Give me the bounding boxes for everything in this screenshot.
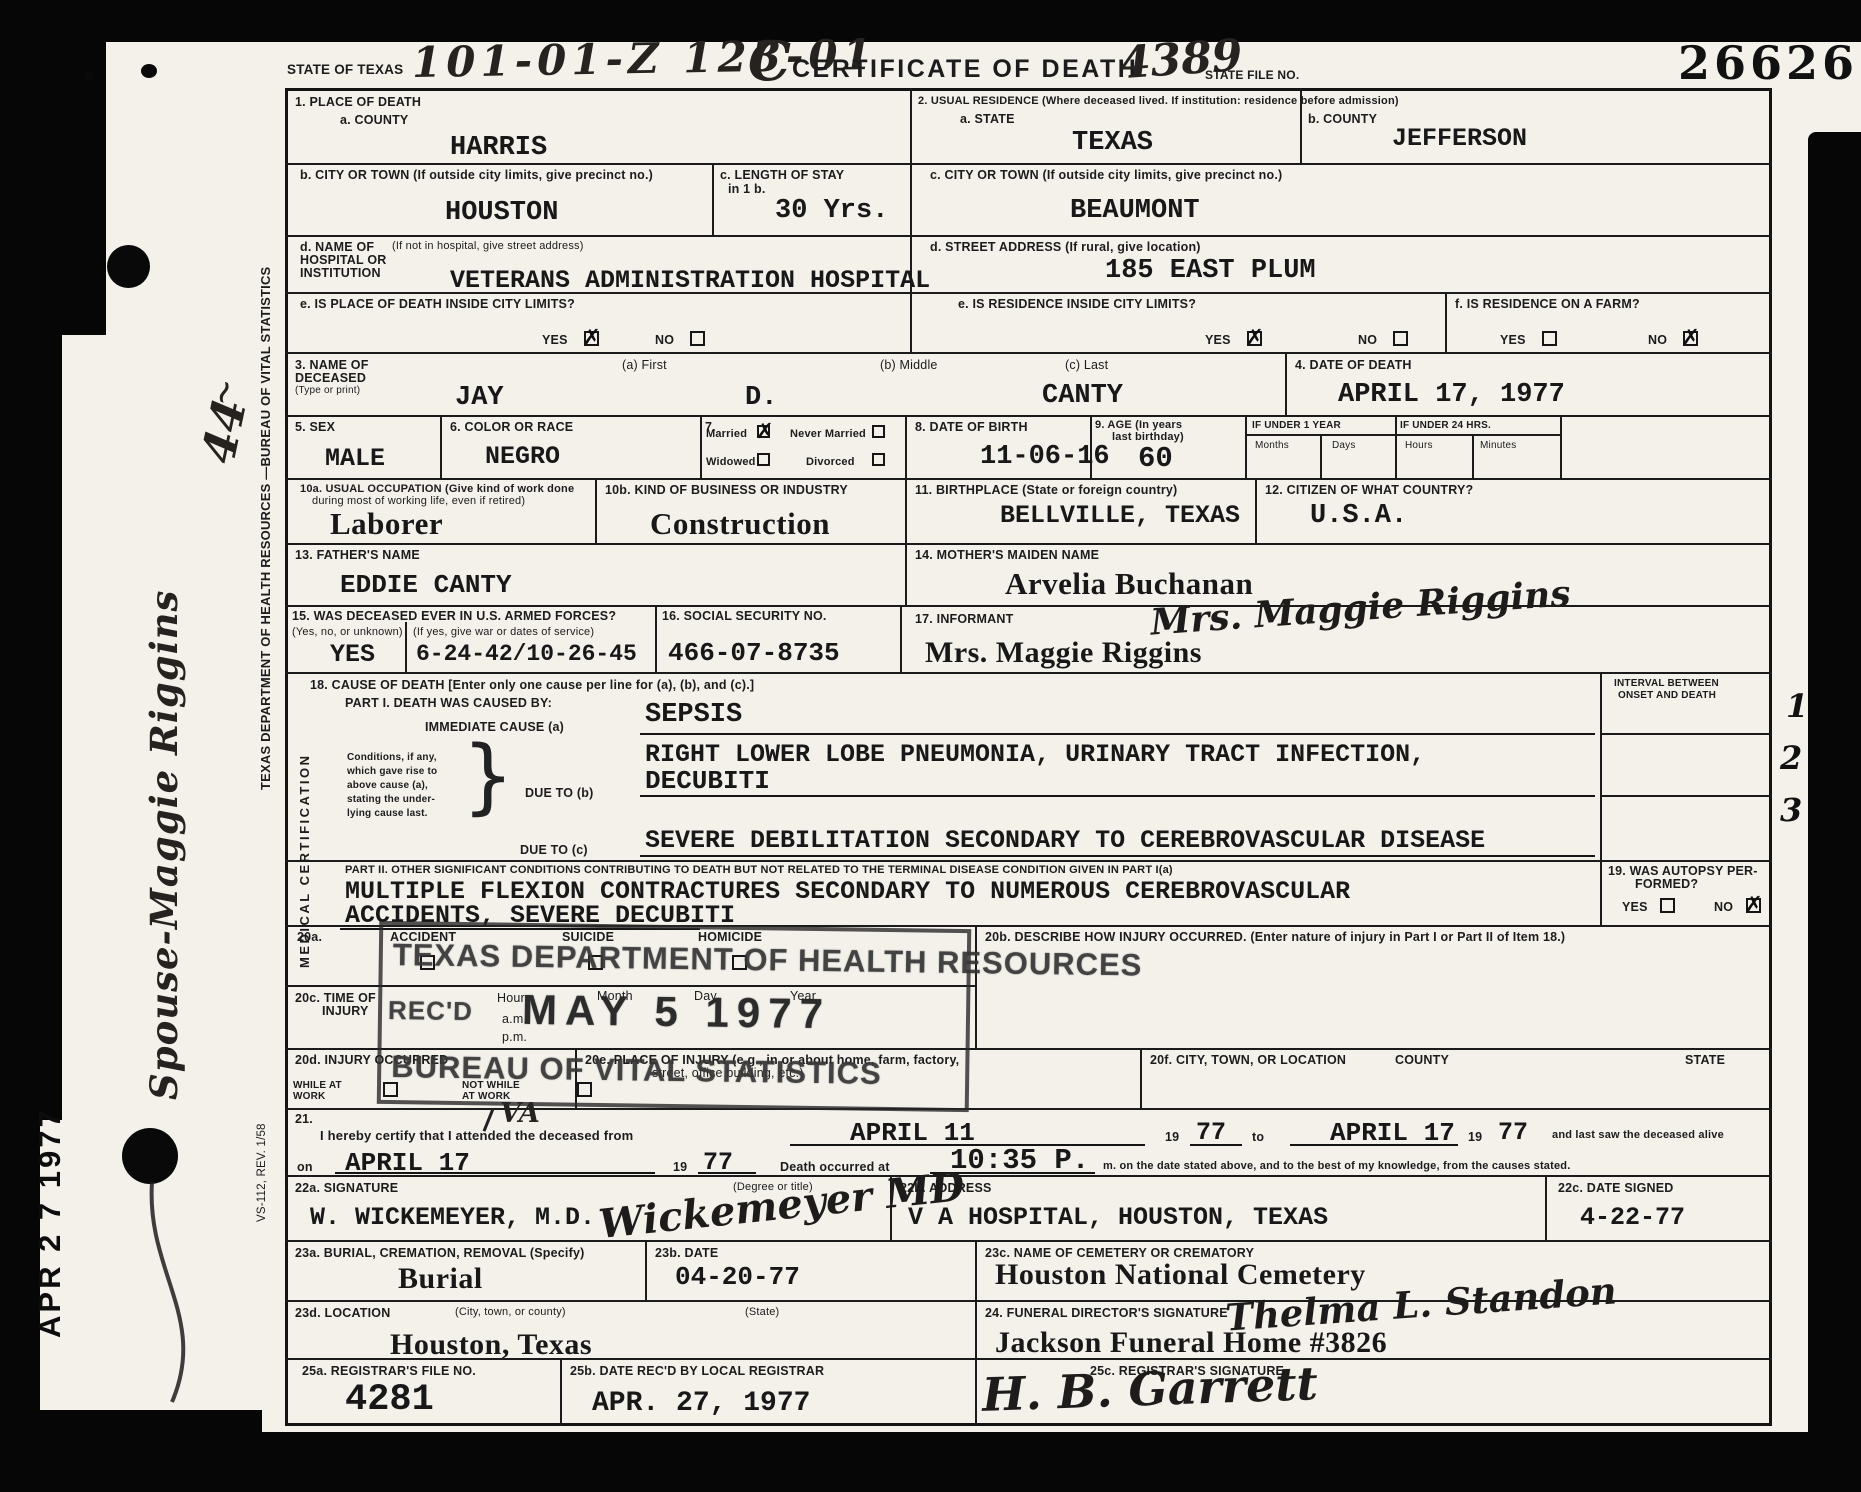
s7-divorced-label: Divorced xyxy=(806,456,855,469)
s21-19a: 19 xyxy=(1165,1130,1179,1145)
stamp-line3: BUREAU OF VITAL STATISTICS xyxy=(391,1051,882,1089)
s2e-yes-checkbox xyxy=(1247,331,1262,346)
s15-label: 15. WAS DECEASED EVER IN U.S. ARMED FORC… xyxy=(292,609,616,624)
s7-widowed-label: Widowed xyxy=(706,456,756,469)
death-certificate-scan: TEXAS DEPARTMENT OF HEALTH RESOURCES —BU… xyxy=(0,0,1861,1492)
s1-label: 1. PLACE OF DEATH xyxy=(295,95,421,110)
s2f-no-checkbox xyxy=(1683,331,1698,346)
interval-a-value: 1 xyxy=(1786,690,1808,722)
s18-label: 18. CAUSE OF DEATH [Enter only one cause… xyxy=(310,678,754,693)
s13-value: EDDIE CANTY xyxy=(340,572,512,598)
s21-text1: I hereby certify that I attended the dec… xyxy=(320,1128,633,1143)
s17-label: 17. INFORMANT xyxy=(915,612,1013,627)
s1d-paren: (If not in hospital, give street address… xyxy=(392,240,584,253)
s2e-no-checkbox xyxy=(1393,331,1408,346)
s2d-value: 185 EAST PLUM xyxy=(1105,258,1316,285)
s18-due-b-label: DUE TO (b) xyxy=(525,786,593,801)
s21-time-value: 10:35 P. xyxy=(950,1146,1089,1175)
s2f-yes-label: YES xyxy=(1500,333,1526,348)
hole-punch-top xyxy=(107,245,150,288)
s15-value2: 6-24-42/10-26-45 xyxy=(416,643,637,666)
s2f-label: f. IS RESIDENCE ON A FARM? xyxy=(1455,297,1640,312)
ink-speck xyxy=(141,64,157,78)
s3-first-label: (a) First xyxy=(622,358,667,373)
s21-19b: 19 xyxy=(1468,1130,1482,1145)
s23a-value: Burial xyxy=(398,1264,483,1294)
s2b-label: b. COUNTY xyxy=(1308,112,1377,127)
margin-handwritten-spouse-note: Spouse-Maggie Riggins xyxy=(146,580,183,1100)
s2f-yes-checkbox xyxy=(1542,331,1557,346)
s20a-label: 20a. xyxy=(297,930,322,945)
s7-married-label: Married xyxy=(706,428,747,441)
s7-married-checkbox xyxy=(757,425,770,438)
scan-border-left-wide xyxy=(0,40,106,335)
s18-cause-c-value: SEVERE DEBILITATION SECONDARY TO CEREBRO… xyxy=(645,828,1485,853)
s20c-label2: INJURY xyxy=(322,1004,369,1019)
s14-label: 14. MOTHER'S MAIDEN NAME xyxy=(915,548,1099,563)
s23b-value: 04-20-77 xyxy=(675,1264,800,1290)
s18-cause-a-value2: RIGHT LOWER LOBE PNEUMONIA, URINARY TRAC… xyxy=(645,742,1425,767)
s7-divorced-checkbox xyxy=(872,453,885,466)
s25b-value: APR. 27, 1977 xyxy=(592,1390,810,1418)
s21-from-value: APRIL 11 xyxy=(850,1120,975,1146)
s2-label: 2. USUAL RESIDENCE (Where deceased lived… xyxy=(918,95,1399,108)
s9-months-label: Months xyxy=(1255,440,1289,452)
margin-dept-vertical-label: TEXAS DEPARTMENT OF HEALTH RESOURCES —BU… xyxy=(258,245,273,790)
s1c-label: c. LENGTH OF STAY xyxy=(720,168,844,183)
s22c-label: 22c. DATE SIGNED xyxy=(1558,1181,1674,1196)
state-file-no-label: STATE FILE NO. xyxy=(1205,68,1299,82)
s19-no-checkbox xyxy=(1746,898,1761,913)
received-stamp: TEXAS DEPARTMENT OF HEALTH RESOURCES REC… xyxy=(377,921,971,1112)
s10b-label: 10b. KIND OF BUSINESS OR INDUSTRY xyxy=(605,483,848,498)
s7-widowed-checkbox xyxy=(757,453,770,466)
s14-value: Arvelia Buchanan xyxy=(1005,568,1253,599)
s12-label: 12. CITIZEN OF WHAT COUNTRY? xyxy=(1265,483,1473,498)
s19-no-label: NO xyxy=(1714,900,1733,915)
conditions-brace: } xyxy=(462,736,514,818)
s21-77b: 77 xyxy=(1498,1120,1528,1145)
s21-text3: m. on the date stated above, and to the … xyxy=(1103,1160,1570,1173)
s1e-yes-label: YES xyxy=(542,333,568,348)
s7-never-married-checkbox xyxy=(872,425,885,438)
s21-19c: 19 xyxy=(673,1160,687,1175)
stamp-line1: TEXAS DEPARTMENT OF HEALTH RESOURCES xyxy=(393,939,1143,980)
s20b-label: 20b. DESCRIBE HOW INJURY OCCURRED. (Ente… xyxy=(985,930,1565,945)
s1a-label: a. COUNTY xyxy=(340,113,408,128)
s2c-value: BEAUMONT xyxy=(1070,198,1200,225)
s9-under-24-label: IF UNDER 24 HRS. xyxy=(1400,420,1491,432)
s24-label: 24. FUNERAL DIRECTOR'S SIGNATURE xyxy=(985,1306,1228,1321)
s2f-no-label: NO xyxy=(1648,333,1667,348)
handwritten-c-flourish: C xyxy=(748,34,791,88)
s19-label2: FORMED? xyxy=(1635,877,1698,892)
s2c-label: c. CITY OR TOWN (If outside city limits,… xyxy=(930,168,1282,183)
scan-border-bottom-left xyxy=(0,1410,262,1492)
s11-label: 11. BIRTHPLACE (State or foreign country… xyxy=(915,483,1177,498)
s1c-label2: in 1 b. xyxy=(728,182,766,197)
s20f-state-label: STATE xyxy=(1685,1053,1725,1068)
s9-minutes-label: Minutes xyxy=(1480,440,1516,452)
s21-text2: and last saw the deceased alive xyxy=(1552,1129,1724,1142)
scan-border-bottom xyxy=(0,1432,1861,1492)
s9-days-label: Days xyxy=(1332,440,1356,452)
s18-cause-b-value: DECUBITI xyxy=(645,768,770,794)
s20d-while2-label: WORK xyxy=(293,1091,325,1103)
s19-yes-label: YES xyxy=(1622,900,1648,915)
stamp-date: MAY 5 1977 xyxy=(522,989,831,1035)
s1d-value: VETERANS ADMINISTRATION HOSPITAL xyxy=(450,268,930,293)
stamp-recd: REC'D xyxy=(388,997,473,1024)
s2e-yes-label: YES xyxy=(1205,333,1231,348)
s9-value: 60 xyxy=(1138,444,1173,473)
s11-value: BELLVILLE, TEXAS xyxy=(1000,503,1240,528)
margin-date-stamp: APR 2 7 1977 xyxy=(32,1038,69,1338)
s18-due-c-label: DUE TO (c) xyxy=(520,843,588,858)
s4-value: APRIL 17, 1977 xyxy=(1338,382,1565,409)
s20f-county-label: COUNTY xyxy=(1395,1053,1449,1068)
s1b-label: b. CITY OR TOWN (If outside city limits,… xyxy=(300,168,653,183)
s10a-value: Laborer xyxy=(330,508,443,539)
s6-value: NEGRO xyxy=(485,444,560,469)
s21-to: to xyxy=(1252,1130,1264,1145)
s21-77a: 77 xyxy=(1196,1120,1226,1145)
s3-label3: (Type or print) xyxy=(295,385,360,397)
s23c-value: Houston National Cemetery xyxy=(995,1260,1366,1290)
s23d-label: 23d. LOCATION xyxy=(295,1306,390,1321)
s5-value: MALE xyxy=(325,446,385,471)
s18-conditions-note-2: which gave rise to xyxy=(347,766,437,778)
s13-label: 13. FATHER'S NAME xyxy=(295,548,420,563)
scan-border-right xyxy=(1808,132,1861,1452)
s2b-value: JEFFERSON xyxy=(1392,126,1527,151)
s18-conditions-note-3: above cause (a), xyxy=(347,780,428,792)
s1e-no-label: NO xyxy=(655,333,674,348)
s2a-value: TEXAS xyxy=(1072,130,1153,157)
s3-label2: DECEASED xyxy=(295,371,366,386)
s8-value: 11-06-16 xyxy=(980,444,1110,471)
s3-last-label: (c) Last xyxy=(1065,358,1108,373)
s2e-label: e. IS RESIDENCE INSIDE CITY LIMITS? xyxy=(958,297,1196,312)
s4-label: 4. DATE OF DEATH xyxy=(1295,358,1412,373)
s18-cause-a-value: SEPSIS xyxy=(645,702,742,729)
s6-label: 6. COLOR OR RACE xyxy=(450,420,573,435)
s18-interval-label1: INTERVAL BETWEEN xyxy=(1614,678,1719,690)
s3-middle-label: (b) Middle xyxy=(880,358,938,373)
s5-label: 5. SEX xyxy=(295,420,335,435)
s15-sub2: (If yes, give war or dates of service) xyxy=(413,626,594,639)
s21-to-value: APRIL 17 xyxy=(1330,1120,1455,1146)
state-of-texas-label: STATE OF TEXAS xyxy=(287,62,403,78)
s23b-label: 23b. DATE xyxy=(655,1246,718,1261)
s3-first-value: JAY xyxy=(455,385,504,412)
s12-value: U.S.A. xyxy=(1310,503,1407,530)
s1e-yes-checkbox xyxy=(584,331,599,346)
s21-on: on xyxy=(297,1160,313,1175)
s22b-value: V A HOSPITAL, HOUSTON, TEXAS xyxy=(908,1205,1328,1230)
s2d-label: d. STREET ADDRESS (If rural, give locati… xyxy=(930,240,1201,255)
hole-punch-bottom xyxy=(122,1128,178,1184)
s1c-value: 30 Yrs. xyxy=(775,198,888,225)
s1b-value: HOUSTON xyxy=(445,200,558,227)
s8-label: 8. DATE OF BIRTH xyxy=(915,420,1028,435)
s23d-value: Houston, Texas xyxy=(390,1330,592,1360)
s21-label: 21. xyxy=(295,1112,313,1127)
s2a-label: a. STATE xyxy=(960,112,1015,127)
s23d-sub1: (City, town, or county) xyxy=(455,1306,566,1319)
s3-middle-value: D. xyxy=(745,385,777,412)
state-file-number: 26626 xyxy=(1678,40,1858,86)
s15-sub1: (Yes, no, or unknown) xyxy=(292,626,403,639)
s18-part2-label: PART II. OTHER SIGNIFICANT CONDITIONS CO… xyxy=(345,864,1173,877)
s10b-value: Construction xyxy=(650,508,830,539)
interval-c-value: 3 xyxy=(1780,794,1802,826)
s22c-value: 4-22-77 xyxy=(1580,1205,1685,1230)
s7-never-married-label: Never Married xyxy=(790,428,866,441)
s18-conditions-note-4: stating the under- xyxy=(347,794,435,806)
s18-part1-label: PART I. DEATH WAS CAUSED BY: xyxy=(345,696,552,711)
s23d-sub2: (State) xyxy=(745,1306,779,1319)
s15-value1: YES xyxy=(330,642,375,667)
s18-conditions-note-5: lying cause last. xyxy=(347,808,428,820)
s23a-label: 23a. BURIAL, CREMATION, REMOVAL (Specify… xyxy=(295,1246,584,1261)
margin-form-code-label: VS-112, REV. 1/58 xyxy=(256,1052,270,1222)
s18-interval-label2: ONSET AND DEATH xyxy=(1618,690,1716,702)
s1e-no-checkbox xyxy=(690,331,705,346)
s16-value: 466-07-8735 xyxy=(668,640,840,666)
s22a-value: W. WICKEMEYER, M.D. xyxy=(310,1205,595,1230)
interval-b-value: 2 xyxy=(1780,742,1802,774)
certificate-title: CERTIFICATE OF DEATH xyxy=(792,55,1138,85)
s19-yes-checkbox xyxy=(1660,898,1675,913)
ink-speck-2 xyxy=(84,72,94,81)
s25a-label: 25a. REGISTRAR'S FILE NO. xyxy=(302,1364,476,1379)
s9-hours-label: Hours xyxy=(1405,440,1433,452)
registrar-signature: H. B. Garrett xyxy=(981,1360,1318,1418)
s1d-label3: INSTITUTION xyxy=(300,266,381,281)
s9-under-year-label: IF UNDER 1 YEAR xyxy=(1252,420,1341,432)
scan-border-top xyxy=(0,0,1861,42)
s16-label: 16. SOCIAL SECURITY NO. xyxy=(662,609,827,624)
s25b-label: 25b. DATE REC'D BY LOCAL REGISTRAR xyxy=(570,1364,824,1379)
s3-last-value: CANTY xyxy=(1042,383,1123,410)
s25a-value: 4281 xyxy=(345,1382,434,1419)
s18-conditions-note-1: Conditions, if any, xyxy=(347,752,437,764)
s20f-label: 20f. CITY, TOWN, OR LOCATION xyxy=(1150,1053,1346,1068)
s1a-value: HARRIS xyxy=(450,135,547,162)
s1e-label: e. IS PLACE OF DEATH INSIDE CITY LIMITS? xyxy=(300,297,575,312)
s2e-no-label: NO xyxy=(1358,333,1377,348)
s22a-label: 22a. SIGNATURE xyxy=(295,1181,398,1196)
